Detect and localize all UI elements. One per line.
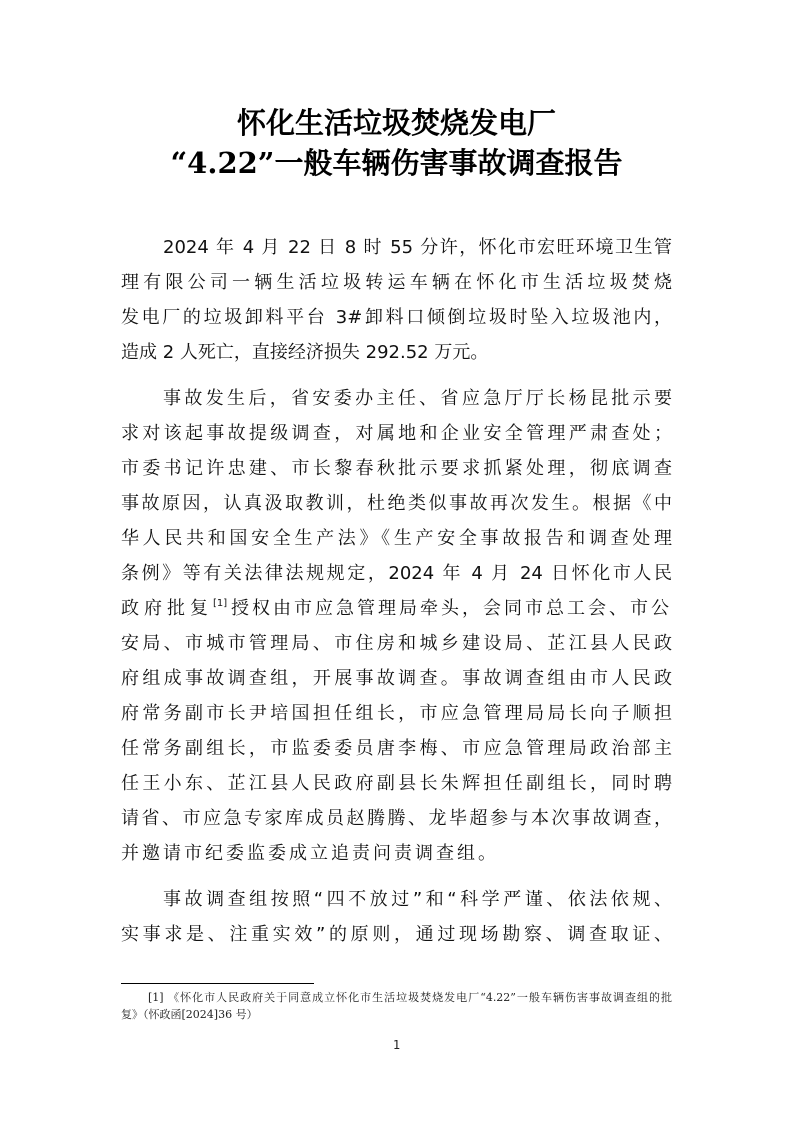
footnote-separator (121, 983, 314, 984)
text-line: 任常务副组长，市监委委员唐李梅、市应急管理局政治部主 (121, 738, 672, 760)
footnote-line-1: [1] 《怀化市人民政府关于同意成立怀化市生活垃圾焚烧发电厂“4.22”一般车辆… (148, 990, 672, 1006)
text-line: 条例》等有关法律法规规定，2024 年 4 月 24 日怀化市人民 (121, 563, 672, 585)
text-line: 政府批复[1] 授权由市应急管理局牵头，会同市总工会、市公 (121, 598, 672, 620)
footnote-line-2: 复》（怀政函[2024]36 号） (121, 1007, 672, 1023)
text-line: 造成 2 人死亡，直接经济损失 292.52 万元。 (121, 342, 672, 364)
text-line: 市委书记许忠建、市长黎春秋批示要求抓紧处理，彻底调查 (121, 458, 672, 480)
text-line: 事故调查组按照“四不放过”和“科学严谨、依法依规、 (163, 889, 672, 911)
text-line: 理有限公司一辆生活垃圾转运车辆在怀化市生活垃圾焚烧 (121, 272, 672, 294)
document-title-line-2: “4.22”一般车辆伤害事故调查报告 (0, 141, 793, 182)
page-number: 1 (0, 1038, 793, 1052)
text-line: 安局、市城市管理局、市住房和城乡建设局、芷江县人民政 (121, 633, 672, 655)
text-line: 发电厂的垃圾卸料平台 3#卸料口倾倒垃圾时坠入垃圾池内， (121, 307, 672, 329)
text-line: 事故发生后，省安委办主任、省应急厅厅长杨昆批示要 (163, 388, 672, 410)
text-segment: 政府批复[1] (121, 598, 227, 620)
text-line: 府组成事故调查组，开展事故调查。事故调查组由市人民政 (121, 668, 672, 690)
text-line: 府常务副市长尹培国担任组长，市应急管理局局长向子顺担 (121, 703, 672, 725)
text-line: 2024 年 4 月 22 日 8 时 55 分许，怀化市宏旺环境卫生管 (163, 237, 672, 259)
text-line: 请省、市应急专家库成员赵腾腾、龙毕超参与本次事故调查， (121, 808, 672, 830)
document-title-line-1: 怀化生活垃圾焚烧发电厂 (0, 101, 793, 142)
text-fragment: 授权由市应急管理局牵头，会同市总工会、市公 (231, 598, 672, 620)
text-fragment: 政府批复 (121, 598, 213, 619)
text-line: 求对该起事故提级调查，对属地和企业安全管理严肃查处； (121, 423, 672, 445)
text-line: 任王小东、芷江县人民政府副县长朱辉担任副组长，同时聘 (121, 773, 672, 795)
text-line: 并邀请市纪委监委成立追责问责调查组。 (121, 843, 672, 865)
text-line: 事故原因，认真汲取教训，杜绝类似事故再次发生。根据《中 (121, 493, 672, 515)
text-line: 华人民共和国安全生产法》《生产安全事故报告和调查处理 (121, 528, 672, 550)
footnote-reference[interactable]: [1] (213, 598, 227, 609)
text-line: 实事求是、注重实效”的原则，通过现场勘察、调查取证、 (121, 924, 672, 946)
